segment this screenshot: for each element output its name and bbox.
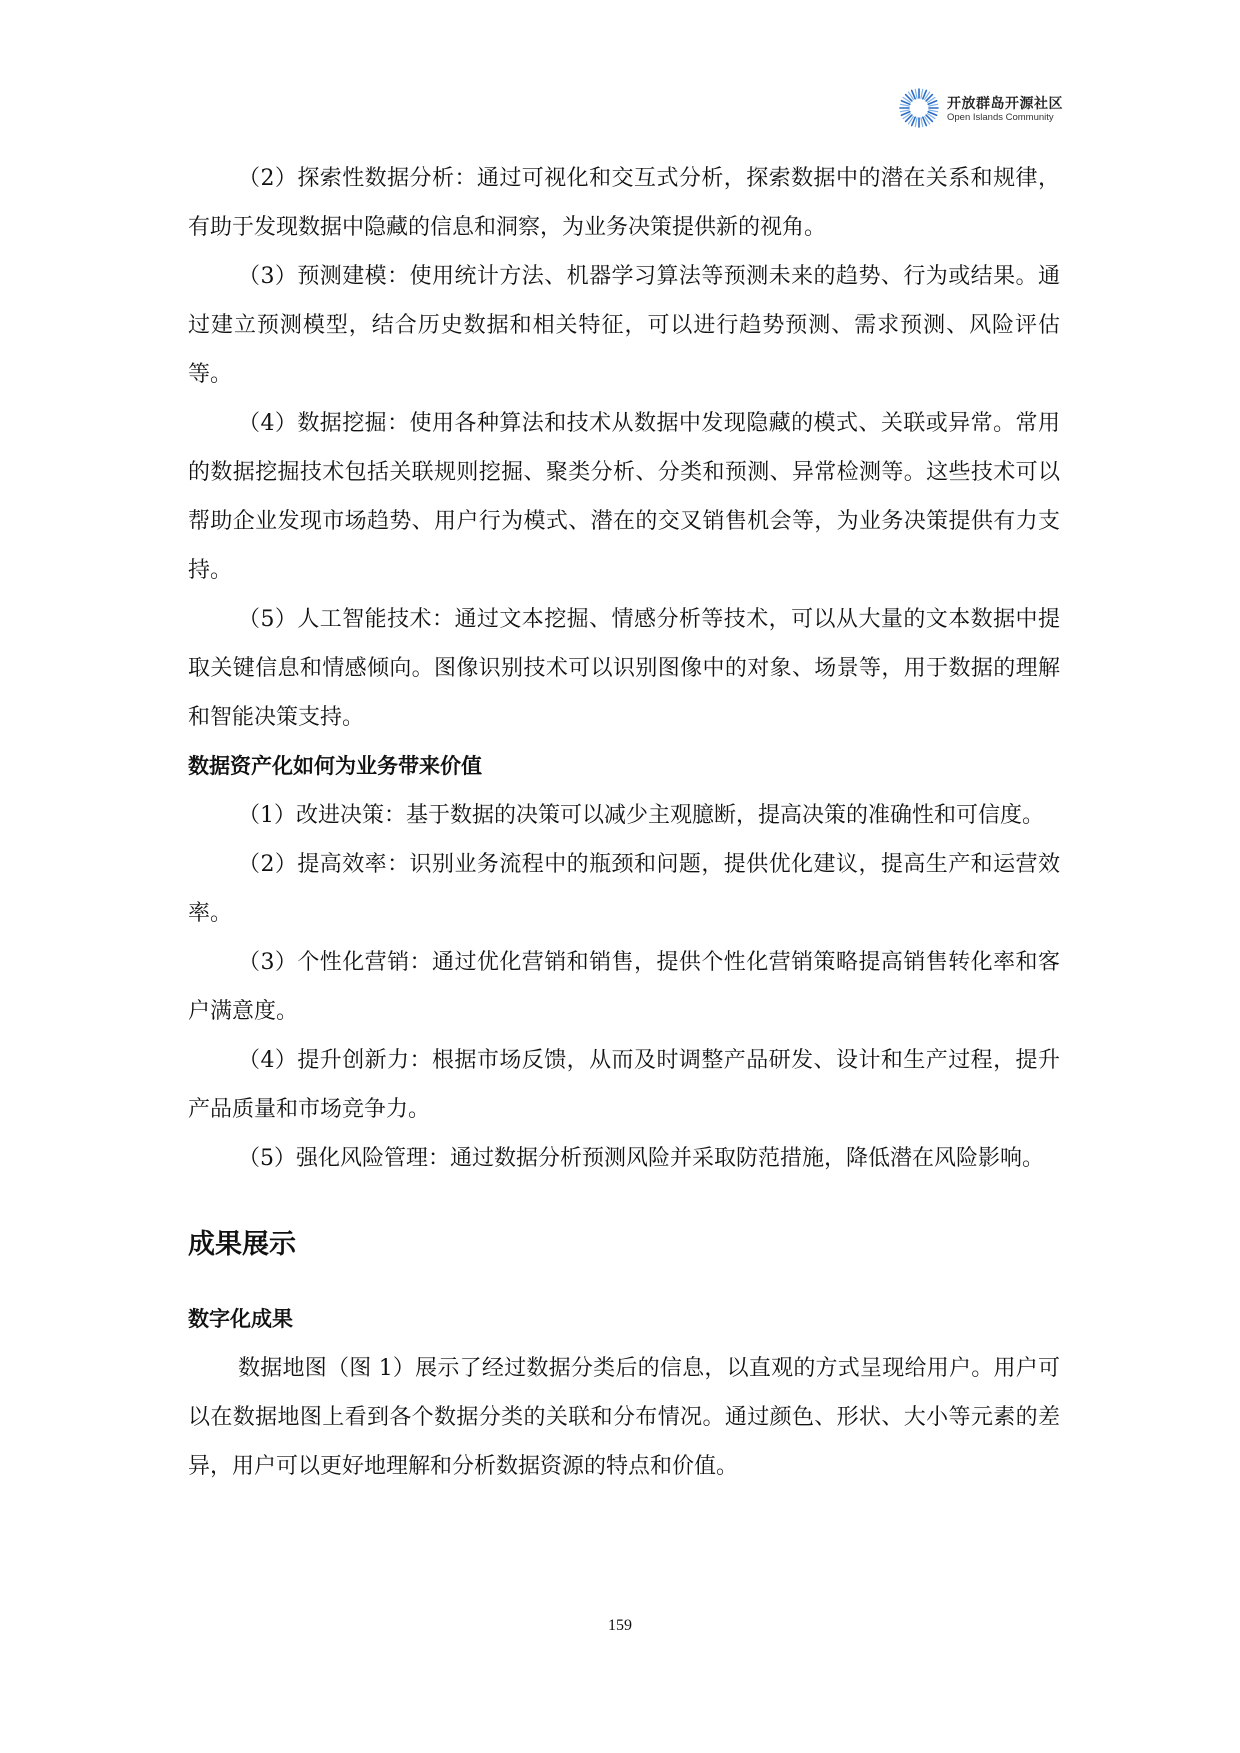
value-item: （4）提升创新力：根据市场反馈，从而及时调整产品研发、设计和生产过程，提升产品质… [188, 1036, 1060, 1134]
section-heading-value: 数据资产化如何为业务带来价值 [188, 742, 1060, 791]
analysis-item: （3）预测建模：使用统计方法、机器学习算法等预测未来的趋势、行为或结果。通过建立… [188, 252, 1060, 399]
value-item: （2）提高效率：识别业务流程中的瓶颈和问题，提供优化建议，提高生产和运营效率。 [188, 840, 1060, 938]
header-logo: 开放群岛开源社区 Open Islands Community [897, 86, 1063, 134]
analysis-item: （2）探索性数据分析：通过可视化和交互式分析，探索数据中的潜在关系和规律，有助于… [188, 154, 1060, 252]
value-item: （1）改进决策：基于数据的决策可以减少主观臆断，提高决策的准确性和可信度。 [188, 791, 1060, 840]
page-number: 159 [0, 1617, 1240, 1635]
value-item: （5）强化风险管理：通过数据分析预测风险并采取防范措施，降低潜在风险影响。 [188, 1134, 1060, 1183]
analysis-item: （5）人工智能技术：通过文本挖掘、情感分析等技术，可以从大量的文本数据中提取关键… [188, 595, 1060, 742]
analysis-item: （4）数据挖掘：使用各种算法和技术从数据中发现隐藏的模式、关联或异常。常用的数据… [188, 399, 1060, 595]
results-paragraph: 数据地图（图 1）展示了经过数据分类后的信息，以直观的方式呈现给用户。用户可以在… [188, 1344, 1060, 1491]
page-content: （2）探索性数据分析：通过可视化和交互式分析，探索数据中的潜在关系和规律，有助于… [188, 154, 1060, 1491]
subheading-digital-results: 数字化成果 [188, 1295, 1060, 1344]
sunburst-logo-icon [897, 86, 941, 134]
logo-title-cn: 开放群岛开源社区 [947, 96, 1063, 112]
value-item: （3）个性化营销：通过优化营销和销售，提供个性化营销策略提高销售转化率和客户满意… [188, 938, 1060, 1036]
section-heading-results: 成果展示 [188, 1225, 1060, 1265]
logo-title-en: Open Islands Community [947, 112, 1063, 124]
